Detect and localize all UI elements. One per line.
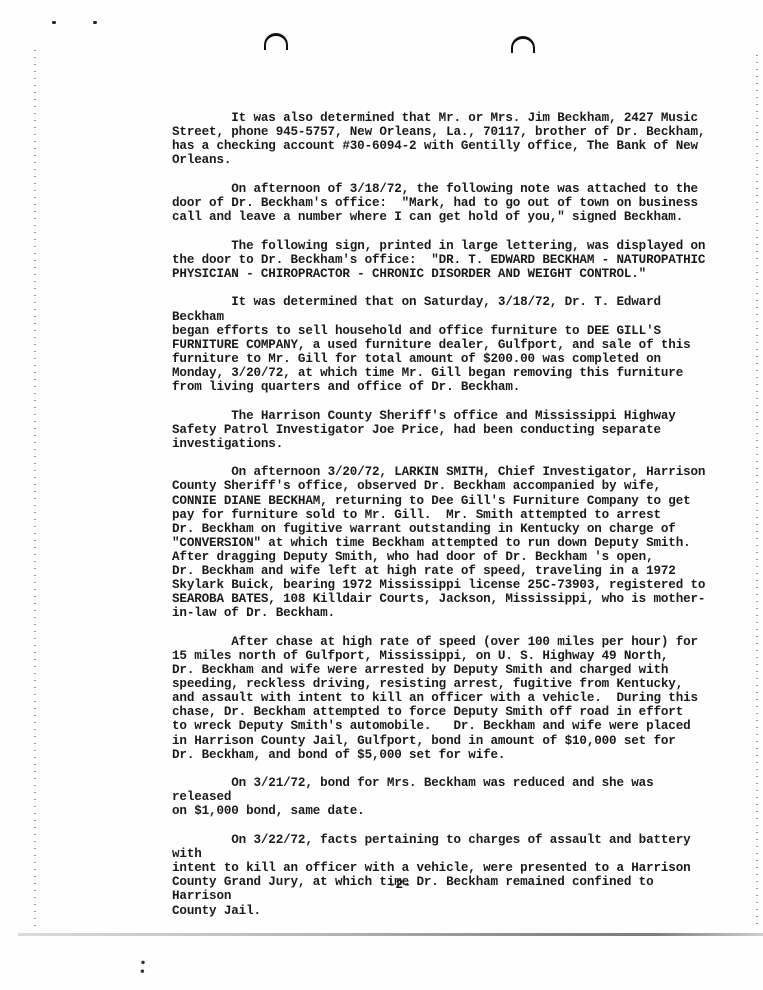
scan-mark: [93, 21, 97, 24]
page-number: -2-: [388, 878, 411, 892]
right-edge-noise: [756, 55, 758, 925]
scan-mark: [52, 21, 56, 24]
paragraph-arrest-attempt: On afternoon 3/20/72, LARKIN SMITH, Chie…: [172, 465, 712, 620]
paragraph-beckham-account: It was also determined that Mr. or Mrs. …: [172, 111, 712, 167]
punch-hole-arc: [264, 33, 288, 50]
paragraph-chase-arrest: After chase at high rate of speed (over …: [172, 635, 712, 762]
punch-hole-arc: [511, 36, 535, 53]
scan-specks: [140, 958, 146, 980]
paragraph-grand-jury: On 3/22/72, facts pertaining to charges …: [172, 833, 712, 918]
paragraph-office-sign: The following sign, printed in large let…: [172, 239, 712, 281]
document-body: It was also determined that Mr. or Mrs. …: [172, 111, 712, 932]
left-edge-noise: [34, 50, 36, 930]
paragraph-investigations: The Harrison County Sheriff's office and…: [172, 409, 712, 451]
paragraph-furniture-sale: It was determined that on Saturday, 3/18…: [172, 295, 712, 394]
document-page: It was also determined that Mr. or Mrs. …: [0, 0, 763, 990]
scan-artifact-line: [18, 933, 763, 936]
paragraph-door-note: On afternoon of 3/18/72, the following n…: [172, 182, 712, 224]
paragraph-bond-reduced: On 3/21/72, bond for Mrs. Beckham was re…: [172, 776, 712, 818]
